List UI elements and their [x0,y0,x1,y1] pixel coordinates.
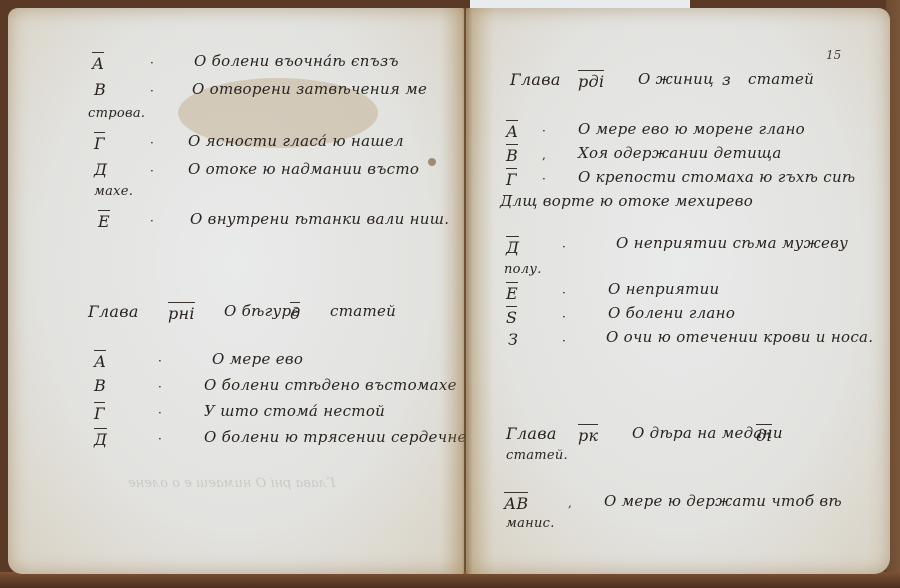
chapter-label: Глава [510,70,561,89]
entry-dot: · [562,240,566,254]
entry-number: Д [94,428,107,449]
chapter-suffix: статей [748,70,814,88]
entry-dot: , [568,496,572,510]
chapter-count: ді [756,424,772,445]
entry-continuation: строва. [88,106,145,121]
entry-number: Г [94,132,105,153]
entry-text: О отоке ю надмании въсто [188,160,419,178]
entry-text: О неприятии [608,280,720,298]
entry-number: Г [94,402,105,423]
chapter-count: д [290,302,300,323]
bleed-through-text: Глава рні О нимаеш е о олене [128,476,336,491]
entry-dot: · [158,354,162,368]
entry-text: О крепости стомаха ю гъхѣ сиѣ [578,168,855,186]
entry-dot: · [158,406,162,420]
chapter-label: Глава [88,302,139,321]
entry-dot: · [150,214,154,228]
entry-text: О мере ю держати чтоб вѣ [604,492,842,510]
entry-text: О неприятии сѣма мужеву [616,234,848,252]
entry-dot: · [158,380,162,394]
entry-number: В [506,144,518,165]
entry-text: О мере ево ю морене глано [578,120,805,138]
entry-dot: · [158,432,162,446]
chapter-number: рні [168,302,195,323]
entry-text: О мере ево [212,350,303,368]
chapter-suffix: статей. [506,448,568,463]
entry-text: О болени стѣдено въстомахе [204,376,457,394]
folio-number: 15 [826,48,841,62]
chapter-count: з [722,70,731,89]
entry-text: О болени въочна́ѣ єпъзъ [194,52,399,70]
entry-number: Д [506,236,519,257]
chapter-title: О жиниц [638,70,714,88]
entry-number: А [94,350,106,371]
entry-dot: · [562,334,566,348]
entry-dot: · [150,136,154,150]
chapter-number: рк [578,424,598,445]
entry-dot: · [542,124,546,138]
entry-dot: · [150,56,154,70]
entry-number: В [94,80,106,99]
entry-text: О отворени затвѣчения ме [192,80,427,98]
entry-number: Г [506,168,517,189]
right-page: 15 Глава рді О жиниц з статей А · О мере… [466,8,890,574]
entry-continuation: полу. [504,262,542,277]
entry-text: О внутрени ѣтанки вали ниш. [190,210,449,228]
entry-number: Е [506,282,518,303]
entry-number: А [506,120,518,141]
entry-dot: · [542,172,546,186]
wooden-surface-bottom [0,572,900,588]
chapter-suffix: статей [330,302,396,320]
entry-text: О очи ю отечении крови и носа. [606,328,873,346]
entry-number: Д [94,160,107,179]
entry-dot: · [562,310,566,324]
entry-number: АВ [504,492,528,513]
entry-continuation: махе. [94,184,133,199]
entry-dot: · [150,164,154,178]
entry-dot: , [542,148,546,162]
entry-number: Е [98,210,110,231]
chapter-label: Глава [506,424,557,443]
entry-text: Хоя одержании детища [578,144,782,162]
entry-continuation: манис. [506,516,555,531]
entry-text: О болени глано [608,304,735,322]
chapter-number: рді [578,70,604,91]
entry-dot: · [562,286,566,300]
entry-text: О болени ю трясении сердечне [204,428,467,446]
entry-number: Ѕ [506,306,517,327]
entry-number: В [94,376,106,395]
entry-text: У што стома́ нестой [204,402,385,420]
entry-dot: · [150,84,154,98]
entry-number: З [508,330,518,349]
ink-spot [428,158,436,166]
left-page: А · О болени въочна́ѣ єпъзъ В · О отворе… [8,8,464,574]
entry-text: О ясности гласа́ ю нашел [188,132,404,150]
entry-text: Длщ ворте ю отоке мехирево [500,192,753,210]
entry-number: А [92,52,104,73]
